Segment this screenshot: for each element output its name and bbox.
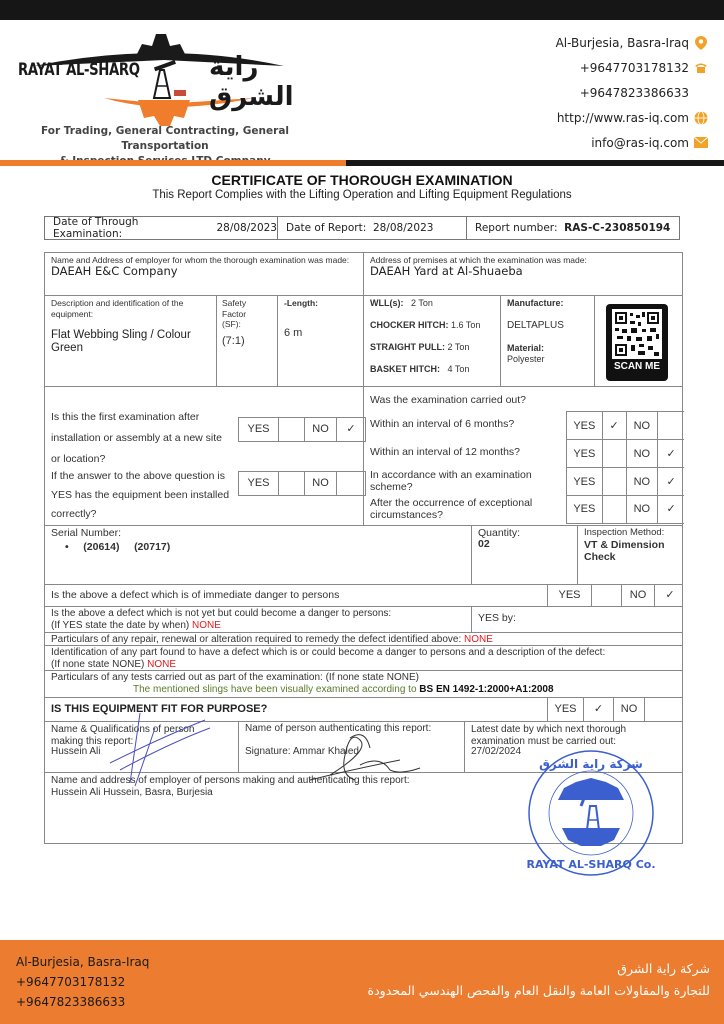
repair-value: NONE (464, 634, 493, 645)
wll-cell: WLL(s): 2 Ton CHOCKER HITCH: 1.6 Ton STR… (363, 295, 501, 387)
inspection-method-label: Inspection Method: (584, 528, 676, 539)
telephone-icon (694, 61, 708, 75)
no-checkbox[interactable]: ✓ (658, 440, 684, 468)
identification-text: Identification of any part found to have… (51, 647, 676, 659)
no-checkbox[interactable]: ✓ (658, 468, 684, 496)
carried-out-yes-no: YESNO✓ (566, 439, 684, 468)
no-checkbox[interactable] (658, 412, 684, 440)
identification-value: NONE (147, 659, 176, 670)
safety-factor-label: Safety Factor (SF): (222, 298, 262, 330)
contact-block: Al-Burjesia, Basra-Iraq +9647703178132 +… (556, 30, 708, 155)
tests-value: The mentioned slings have been visually … (133, 684, 417, 695)
fit-for-purpose-yes-no: YES ✓ NO (547, 697, 685, 722)
carried-out-yes-no: YESNO✓ (566, 467, 684, 496)
signature-ammar-khaled (290, 730, 430, 785)
yes-label: YES (548, 697, 584, 722)
yes-by-label: YES by: (478, 613, 676, 624)
qr-cell: SCAN ME (594, 295, 683, 387)
question-carried-out: In accordance with an examination scheme… (370, 469, 560, 493)
yes-by-cell: YES by: (471, 606, 683, 633)
immediate-danger-row: Is the above a defect which is of immedi… (44, 584, 683, 607)
contact-phone2[interactable]: +9647823386633 (580, 86, 689, 100)
future-danger-value: NONE (192, 620, 221, 631)
no-label: NO (627, 440, 659, 468)
manufacture-cell: Manufacture: DELTAPLUS Material: Polyest… (500, 295, 595, 387)
contact-address: Al-Burjesia, Basra-Iraq (556, 36, 689, 50)
footer-ar-line2: للتجارة والمقاولات العامة والنقل العام و… (368, 980, 710, 1002)
exam-date: Date of Through Examination: 28/08/2023 (45, 217, 278, 239)
yes-label: YES (567, 440, 603, 468)
next-exam-label: Latest date by which next thorough exami… (471, 724, 656, 747)
certificate-subtitle: This Report Complies with the Lifting Op… (0, 189, 724, 201)
carried-out-label: Was the examination carried out? (370, 395, 526, 406)
future-danger-text: Is the above a defect which is not yet b… (51, 608, 465, 620)
company-logo: RAYAT AL-SHARQ راية الشرق (14, 26, 314, 126)
no-checkbox[interactable]: ✓ (655, 584, 685, 607)
identification-row: Identification of any part found to have… (44, 645, 683, 671)
no-label: NO (614, 697, 645, 722)
quantity-cell: Quantity: 02 (471, 525, 578, 585)
yes-checkbox[interactable] (279, 472, 305, 495)
yes-label: YES (567, 412, 603, 440)
exam-date-value: 28/08/2023 (216, 222, 277, 234)
quantity-value: 02 (478, 539, 571, 550)
no-checkbox[interactable] (337, 472, 365, 495)
tagline-line1: For Trading, General Contracting, Genera… (0, 124, 330, 154)
choker-value: 1.6 Ton (451, 320, 480, 330)
brand-name-en: RAYAT AL-SHARQ (18, 60, 140, 80)
no-label: NO (627, 468, 659, 496)
carried-out-section: Was the examination carried out? Within … (363, 386, 683, 526)
no-checkbox[interactable]: ✓ (658, 496, 684, 523)
yes-checkbox[interactable] (603, 496, 627, 523)
qr-code[interactable]: SCAN ME (606, 304, 668, 381)
quantity-label: Quantity: (478, 528, 571, 539)
no-label: NO (627, 496, 659, 523)
tests-row: Particulars of any tests carried out as … (44, 670, 683, 698)
yes-label: YES (567, 496, 603, 523)
header-divider-orange (0, 160, 346, 166)
yes-checkbox[interactable] (603, 468, 627, 496)
yes-label: YES (548, 584, 592, 607)
length-label: -Length: (284, 298, 357, 309)
footer-ar-line1: شركة راية الشرق (368, 958, 710, 980)
installed-correctly-yes-no: YES NO (238, 471, 366, 496)
inspection-method-cell: Inspection Method: VT & Dimension Check (577, 525, 683, 585)
question-carried-out: Within an interval of 6 months? (370, 418, 560, 430)
safety-factor-value: (7:1) (222, 336, 272, 347)
no-label: NO (627, 412, 659, 440)
question-carried-out: After the occurrence of exceptional circ… (370, 497, 560, 521)
equipment-desc-value: Flat Webbing Sling / Colour Green (51, 329, 210, 355)
footer-contact: Al-Burjesia, Basra-Iraq +9647703178132 +… (16, 952, 149, 1012)
employer-value: DAEAH E&C Company (51, 266, 357, 277)
no-label: NO (305, 418, 337, 441)
contact-website[interactable]: http://www.ras-iq.com (557, 111, 689, 125)
equipment-desc-cell: Description and identification of the eq… (44, 295, 217, 387)
carried-out-yes-no: YESNO✓ (566, 495, 684, 524)
location-pin-icon (694, 36, 708, 50)
yes-checkbox[interactable]: ✓ (603, 412, 627, 440)
yes-label: YES (567, 468, 603, 496)
premises-value: DAEAH Yard at Al-Shuaeba (370, 266, 676, 277)
question-carried-out: Within an interval of 12 months? (370, 446, 560, 458)
manufacture-label: Manufacture: (507, 298, 588, 309)
contact-phone1[interactable]: +9647703178132 (580, 61, 689, 75)
yes-checkbox[interactable] (603, 440, 627, 468)
material-label: Material: (507, 343, 588, 354)
certificate-title: CERTIFICATE OF THOROUGH EXAMINATION (0, 172, 724, 188)
straight-value: 2 Ton (448, 342, 470, 352)
serial-values: • (20614) (20717) (51, 542, 465, 553)
report-info-bar: Date of Through Examination: 28/08/2023 … (44, 216, 680, 240)
first-exam-section: Is this the first examination after inst… (44, 386, 364, 526)
yes-checkbox[interactable]: ✓ (584, 697, 614, 722)
header-divider-black (346, 160, 724, 166)
carried-out-yes-no: YES✓NO (566, 411, 684, 440)
contact-email[interactable]: info@ras-iq.com (591, 136, 689, 150)
equipment-desc-label: Description and identification of the eq… (51, 298, 210, 319)
question-installed-correctly: If the answer to the above question is Y… (51, 467, 231, 524)
yes-label: YES (239, 418, 279, 441)
inspection-method-value: VT & Dimension Check (584, 539, 676, 563)
report-number: Report number: RAS-C-230850194 (467, 217, 679, 239)
footer-phone1[interactable]: +9647703178132 (16, 972, 149, 992)
yes-checkbox[interactable] (279, 418, 305, 441)
basket-value: 4 Ton (448, 364, 470, 374)
scan-me-label: SCAN ME (606, 362, 668, 373)
company-stamp: شركة راية الشرق RAYAT AL-SHARQ Co. (526, 748, 656, 878)
serial-label: Serial Number: (51, 528, 465, 539)
repair-row: Particulars of any repair, renewal or al… (44, 632, 683, 646)
safety-factor-cell: Safety Factor (SF): (7:1) (216, 295, 278, 387)
footer-company-ar: شركة راية الشرق للتجارة والمقاولات العام… (368, 958, 710, 1002)
stamp-text-en: RAYAT AL-SHARQ Co. (526, 858, 655, 871)
employer-cell: Name and Address of employer for whom th… (44, 252, 364, 296)
no-checkbox[interactable] (645, 697, 685, 722)
future-danger-cell: Is the above a defect which is not yet b… (44, 606, 472, 633)
length-value: 6 m (284, 328, 357, 339)
no-label: NO (305, 472, 337, 495)
top-bar (0, 0, 724, 20)
tests-standard: BS EN 1492-1:2000+A1:2008 (419, 684, 553, 695)
question-first-exam: Is this the first examination after inst… (51, 407, 231, 470)
report-date: Date of Report: 28/08/2023 (278, 217, 467, 239)
manufacture-value: DELTAPLUS (507, 321, 588, 332)
serial-cell: Serial Number: • (20614) (20717) (44, 525, 472, 585)
report-date-value: 28/08/2023 (373, 222, 434, 234)
length-cell: -Length: 6 m (277, 295, 364, 387)
first-exam-yes-no: YES NO ✓ (238, 417, 366, 442)
immediate-danger-yes-no: YES NO ✓ (547, 584, 685, 607)
qr-icon (612, 309, 662, 359)
footer-phone2[interactable]: +9647823386633 (16, 992, 149, 1012)
wll-value: 2 Ton (411, 298, 433, 308)
yes-label: YES (239, 472, 279, 495)
material-value: Polyester (507, 354, 588, 365)
no-label: NO (622, 584, 655, 607)
footer-address: Al-Burjesia, Basra-Iraq (16, 952, 149, 972)
tests-label: Particulars of any tests carried out as … (51, 672, 676, 684)
envelope-icon (694, 136, 708, 150)
report-number-value: RAS-C-230850194 (564, 222, 670, 234)
yes-checkbox[interactable] (592, 584, 622, 607)
brand-name-ar: راية الشرق (209, 52, 314, 112)
signature-hussein-ali (100, 708, 220, 788)
serial-value: (20614) (83, 541, 119, 553)
globe-icon (694, 111, 708, 125)
immediate-danger-text: Is the above a defect which is of immedi… (51, 590, 339, 601)
no-checkbox[interactable]: ✓ (337, 418, 365, 441)
stamp-text-ar: شركة راية الشرق (539, 757, 643, 771)
serial-value: (20717) (134, 541, 170, 553)
premises-cell: Address of premises at which the examina… (363, 252, 683, 296)
